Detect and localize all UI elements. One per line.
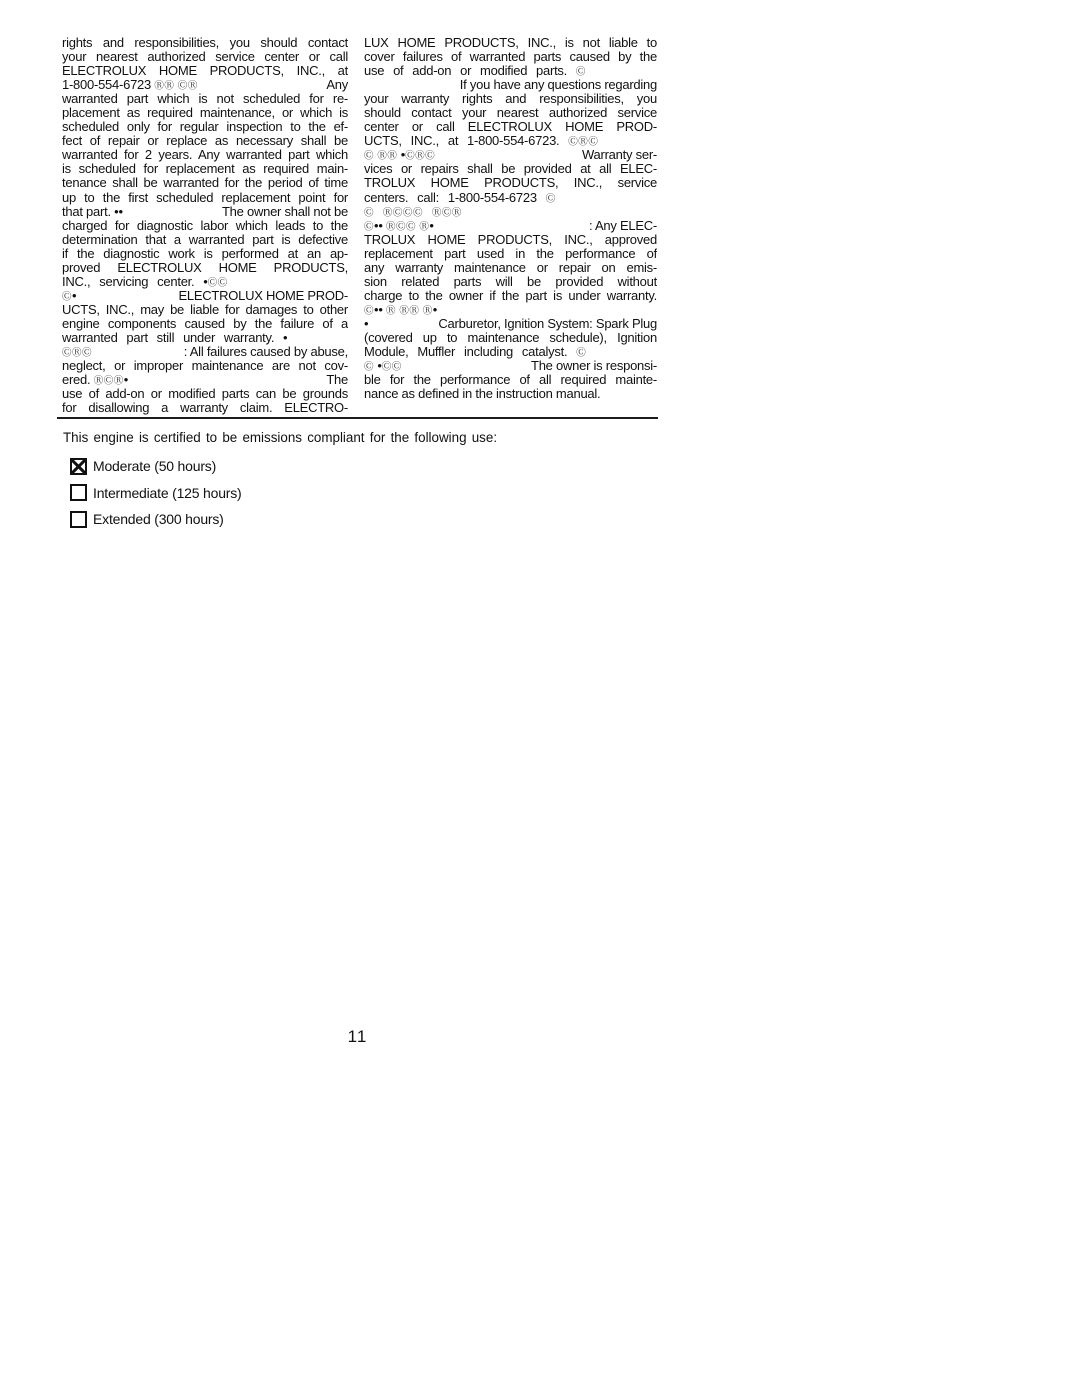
text-line: UCTS, INC., may be liable for damages to… [62, 303, 348, 317]
circled-letter-glyph: Ⓒ [568, 137, 578, 148]
circled-letter-glyph: Ⓒ [392, 362, 402, 373]
text-line: 1-800-554-6723 ⓇⓇ ⒸⓇAny [62, 78, 348, 92]
text-line: Ⓒ •ⒸⒸThe owner is responsi- [364, 359, 657, 373]
text-line: that part. ••The owner shall not be [62, 205, 348, 219]
text-line: charge to the owner if the part is under… [364, 289, 657, 303]
circled-letter-glyph: Ⓡ [383, 207, 393, 218]
warranty-text-left-column: rights and responsibilities, you should … [62, 36, 348, 415]
checkbox-label: Intermediate (125 hours) [93, 485, 242, 501]
text-line-right: If you have any questions regarding [460, 78, 657, 92]
text-line: If you have any questions regarding [364, 78, 657, 92]
circled-letter-glyph: Ⓡ [432, 207, 442, 218]
text-line: up to the first scheduled replacement po… [62, 191, 348, 205]
circled-letter-glyph: Ⓒ [104, 376, 114, 387]
text-line: LUX HOME PRODUCTS, INC., is not liable t… [364, 36, 657, 50]
text-line: any warranty maintenance or repair on em… [364, 261, 657, 275]
text-line: Ⓒ•• Ⓡ ⓇⓇ Ⓡ• [364, 303, 657, 317]
text-line: scheduled only for regular inspection to… [62, 120, 348, 134]
text-line: warranted for 2 years. Any warranted par… [62, 148, 348, 162]
text-line: engine components caused by the failure … [62, 317, 348, 331]
text-line: centers. call: 1-800-554-6723 Ⓒ [364, 191, 657, 205]
circled-letter-glyph: Ⓒ [576, 67, 586, 78]
circled-letter-glyph: Ⓒ [364, 207, 374, 218]
circled-letter-glyph: Ⓒ [442, 207, 452, 218]
circled-letter-glyph: Ⓒ [208, 277, 218, 288]
certification-options: Moderate (50 hours)Intermediate (125 hou… [70, 457, 242, 537]
text-line: neglect, or improper maintenance are not… [62, 359, 348, 373]
text-line: determination that a warranted part is d… [62, 233, 348, 247]
text-line-right: : Any ELEC- [589, 219, 657, 233]
circled-letter-glyph: Ⓒ [546, 193, 556, 204]
circled-letter-glyph: Ⓡ [387, 151, 397, 162]
text-line-right: ELECTROLUX HOME PROD- [178, 289, 348, 303]
circled-letter-glyph: Ⓡ [386, 305, 396, 316]
certification-option: Moderate (50 hours) [70, 457, 242, 475]
circled-letter-glyph: Ⓡ [188, 81, 198, 92]
text-line-right: The owner shall not be [222, 205, 348, 219]
text-line-left: ⒸⓇⒸ [62, 345, 92, 359]
checkbox[interactable] [70, 511, 87, 528]
text-line: ble for the performance of all required … [364, 373, 657, 387]
text-line-left: Ⓒ•• ⓇⒸⒸ Ⓡ• [364, 219, 434, 233]
checkbox-label: Moderate (50 hours) [93, 458, 216, 474]
page-number: 11 [57, 1027, 658, 1047]
text-line: placement as required maintenance, or wh… [62, 106, 348, 120]
circled-letter-glyph: Ⓒ [382, 362, 392, 373]
circled-letter-glyph: Ⓒ [576, 347, 586, 358]
text-line: if the diagnostic work is performed at a… [62, 247, 348, 261]
text-line: charged for diagnostic labor which leads… [62, 219, 348, 233]
circled-letter-glyph: Ⓒ [403, 207, 413, 218]
circled-letter-glyph: Ⓒ [62, 291, 72, 302]
circled-letter-glyph: Ⓡ [415, 151, 425, 162]
text-line: tenance shall be warranted for the perio… [62, 176, 348, 190]
certification-option: Intermediate (125 hours) [70, 484, 242, 502]
document-page: rights and responsibilities, you should … [0, 0, 1080, 1397]
text-line: Ⓒ ⓇⓇ •ⒸⓇⒸWarranty ser- [364, 148, 657, 162]
text-line: rights and responsibilities, you should … [62, 36, 348, 50]
circled-letter-glyph: Ⓒ [218, 277, 228, 288]
text-line: ered. ⓇⒸⓇ•The [62, 373, 348, 387]
text-line: ELECTROLUX HOME PRODUCTS, INC., at [62, 64, 348, 78]
circled-letter-glyph: Ⓒ [393, 207, 403, 218]
text-line-right: The [326, 373, 348, 387]
text-line: vices or repairs shall be provided at al… [364, 162, 657, 176]
text-line-right: : All failures caused by abuse, [184, 345, 348, 359]
text-line: Module, Muffler including catalyst. Ⓒ [364, 345, 657, 359]
text-line: use of add-on or modified parts. Ⓒ [364, 64, 657, 78]
text-line: should contact your nearest authorized s… [364, 106, 657, 120]
text-line: nance as defined in the instruction manu… [364, 387, 657, 401]
certification-option: Extended (300 hours) [70, 510, 242, 528]
circled-letter-glyph: Ⓡ [154, 81, 164, 92]
text-line-left: Ⓒ •ⒸⒸ [364, 359, 402, 373]
text-line: your warranty rights and responsibilitie… [364, 92, 657, 106]
circled-letter-glyph: Ⓒ [62, 347, 72, 358]
circled-letter-glyph: Ⓒ [425, 151, 435, 162]
circled-letter-glyph: Ⓡ [409, 305, 419, 316]
text-line: •Carburetor, Ignition System: Spark Plug [364, 317, 657, 331]
text-line: Ⓒ•• ⓇⒸⒸ Ⓡ•: Any ELEC- [364, 219, 657, 233]
text-line: (covered up to maintenance schedule), Ig… [364, 331, 657, 345]
text-line: UCTS, INC., at 1-800-554-6723. ⒸⓇⒸ [364, 134, 657, 148]
text-line: use of add-on or modified parts can be g… [62, 387, 348, 401]
text-line: your nearest authorized service center o… [62, 50, 348, 64]
text-line-left: ered. ⓇⒸⓇ• [62, 373, 128, 387]
text-line: ⒸⓇⒸ: All failures caused by abuse, [62, 345, 348, 359]
circled-letter-glyph: Ⓒ [396, 221, 406, 232]
checkbox-checked[interactable] [70, 458, 87, 475]
circled-letter-glyph: Ⓒ [364, 151, 374, 162]
text-line-right: The owner is responsi- [531, 359, 657, 373]
text-line: TROLUX HOME PRODUCTS, INC., service [364, 176, 657, 190]
circled-letter-glyph: Ⓒ [364, 305, 374, 316]
text-line: warranted part which is not scheduled fo… [62, 92, 348, 106]
circled-letter-glyph: Ⓡ [94, 376, 104, 387]
text-line-left: Ⓒ• [62, 289, 76, 303]
text-line: for disallowing a warranty claim. ELECTR… [62, 401, 348, 415]
text-line: center or call ELECTROLUX HOME PROD- [364, 120, 657, 134]
text-line: Ⓒ•ELECTROLUX HOME PROD- [62, 289, 348, 303]
text-line-left: that part. •• [62, 205, 123, 219]
text-line-right: Any [326, 78, 348, 92]
circled-letter-glyph: Ⓡ [399, 305, 409, 316]
text-line: TROLUX HOME PRODUCTS, INC., approved [364, 233, 657, 247]
circled-letter-glyph: Ⓡ [423, 305, 433, 316]
text-line: fect of repair or replace as necessary s… [62, 134, 348, 148]
text-line: is scheduled for replacement as required… [62, 162, 348, 176]
text-line-left: 1-800-554-6723 ⓇⓇ ⒸⓇ [62, 78, 198, 92]
warranty-text-right-column: LUX HOME PRODUCTS, INC., is not liable t… [364, 36, 657, 401]
circled-letter-glyph: Ⓒ [406, 221, 416, 232]
certification-heading: This engine is certified to be emissions… [63, 430, 497, 446]
text-line: cover failures of warranted parts caused… [364, 50, 657, 64]
text-line: sion related parts will be provided with… [364, 275, 657, 289]
text-line: replacement part used in the performance… [364, 247, 657, 261]
checkbox-label: Extended (300 hours) [93, 511, 224, 527]
circled-letter-glyph: Ⓒ [364, 221, 374, 232]
circled-letter-glyph: Ⓒ [413, 207, 423, 218]
text-line: proved ELECTROLUX HOME PRODUCTS, [62, 261, 348, 275]
text-line: Ⓒ ⓇⒸⒸⒸ ⓇⒸⓇ [364, 205, 657, 219]
text-line-left: • [364, 317, 368, 331]
circled-letter-glyph: Ⓡ [114, 376, 124, 387]
circled-letter-glyph: Ⓒ [588, 137, 598, 148]
circled-letter-glyph: Ⓡ [386, 221, 396, 232]
section-divider [57, 417, 658, 419]
checkbox[interactable] [70, 484, 87, 501]
circled-letter-glyph: Ⓒ [82, 347, 92, 358]
text-line-right: Carburetor, Ignition System: Spark Plug [438, 317, 657, 331]
circled-letter-glyph: Ⓒ [405, 151, 415, 162]
text-line: warranted part still under warranty. • [62, 331, 348, 345]
circled-letter-glyph: Ⓡ [578, 137, 588, 148]
circled-letter-glyph: Ⓡ [72, 347, 82, 358]
circled-letter-glyph: Ⓡ [452, 207, 462, 218]
circled-letter-glyph: Ⓡ [419, 221, 429, 232]
circled-letter-glyph: Ⓒ [364, 362, 374, 373]
circled-letter-glyph: Ⓒ [178, 81, 188, 92]
text-line-right: Warranty ser- [582, 148, 657, 162]
text-line-left: Ⓒ ⓇⓇ •ⒸⓇⒸ [364, 148, 435, 162]
circled-letter-glyph: Ⓡ [377, 151, 387, 162]
text-line: INC., servicing center. •ⒸⒸ [62, 275, 348, 289]
circled-letter-glyph: Ⓡ [164, 81, 174, 92]
